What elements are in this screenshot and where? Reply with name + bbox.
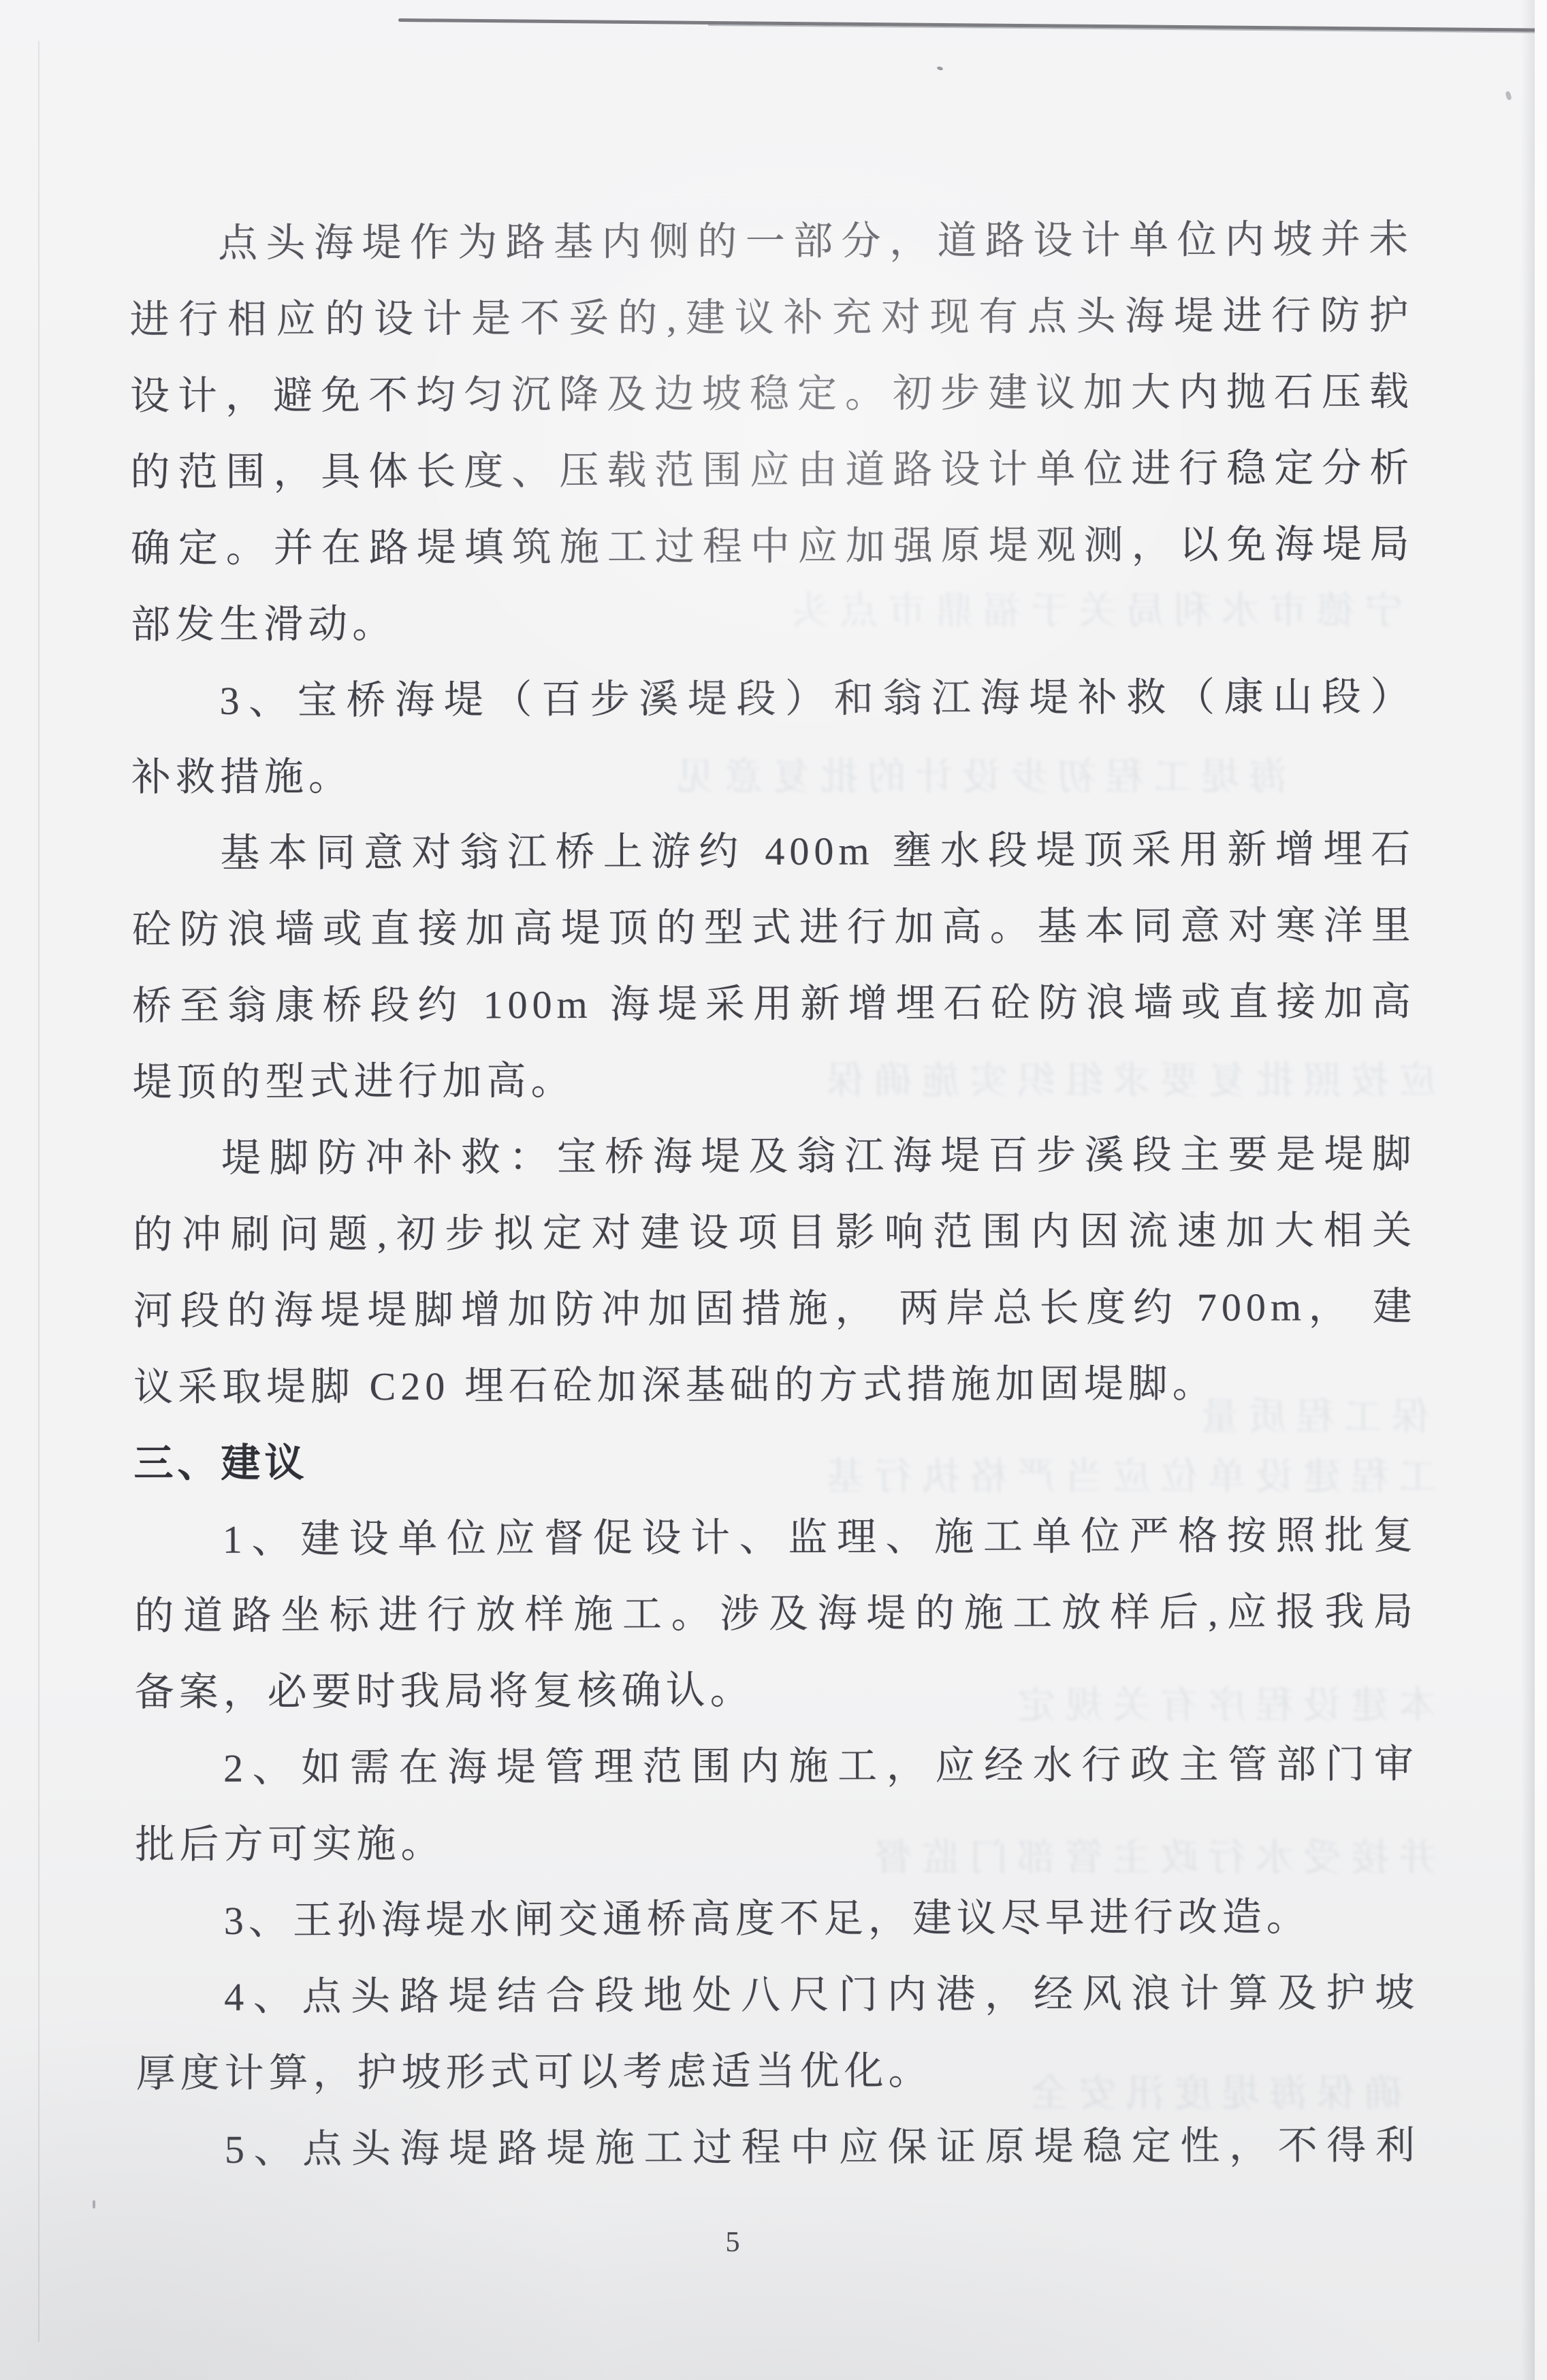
text-line: 进行相应的设计是不妥的,建议补充对现有点头海堤进行防护 xyxy=(129,278,1413,359)
text-line: 3、王孙海堤水闸交通桥高度不足，建议尽早进行改造。 xyxy=(135,1879,1419,1960)
scan-speck xyxy=(1505,91,1512,101)
page-number: 5 xyxy=(712,2226,753,2259)
text-line: 议采取堤脚 C20 埋石砼加深基础的方式措施加固堤脚。 xyxy=(133,1345,1417,1426)
text-line: 砼防浪墙或直接加高堤顶的型式进行加高。基本同意对寒洋里 xyxy=(132,888,1416,969)
text-line: 的道路坐标进行放样施工。涉及海堤的施工放样后,应报我局 xyxy=(134,1574,1418,1655)
scanner-background-strip xyxy=(1535,0,1547,2380)
text-line: 补救措施。 xyxy=(131,735,1415,816)
scan-speck xyxy=(93,2200,95,2208)
text-line: 3、宝桥海堤（百步溪堤段）和翁江海堤补救（康山段） xyxy=(131,659,1414,740)
scan-speck xyxy=(937,66,944,71)
text-line: 5、点头海堤路堤施工过程中应保证原堤稳定性，不得利 xyxy=(136,2108,1420,2189)
paper-left-edge-line xyxy=(38,41,39,2342)
text-line: 的冲刷问题,初步拟定对建设项目影响范围内因流速加大相关 xyxy=(133,1193,1416,1274)
text-line: 桥至翁康桥段约 100m 海堤采用新增埋石砼防浪墙或直接加高 xyxy=(132,964,1416,1045)
text-line: 堤顶的型式进行加高。 xyxy=(132,1040,1416,1121)
text-line: 的范围，具体长度、压载范围应由道路设计单位进行稳定分析 xyxy=(130,430,1414,511)
text-line: 部发生滑动。 xyxy=(131,583,1414,664)
text-line: 点头海堤作为路基内侧的一部分，道路设计单位内坡并未 xyxy=(129,202,1413,283)
text-line: 备案，必要时我局将复核确认。 xyxy=(134,1650,1418,1731)
text-line: 1、建设单位应督促设计、监理、施工单位严格按照批复 xyxy=(134,1498,1418,1579)
text-line: 2、如需在海堤管理范围内施工，应经水行政主管部门审 xyxy=(135,1726,1418,1807)
scanned-document-page: 宁德市水利局关于福鼎市点头 海堤工程初步设计的批复意见 应按照批复要求组织实施确… xyxy=(0,0,1547,2380)
text-line: 设计，避免不均匀沉降及边坡稳定。初步建议加大内抛石压载 xyxy=(130,354,1414,435)
text-line: 河段的海堤堤脚增加防冲加固措施， 两岸总长度约 700m， 建 xyxy=(133,1269,1416,1350)
text-line: 批后方可实施。 xyxy=(135,1803,1418,1884)
section-heading: 三、建议 xyxy=(133,1421,1417,1502)
text-line: 4、点头路堤结合段地处八尺门内港，经风浪计算及护坡 xyxy=(135,1955,1419,2036)
document-body: 点头海堤作为路基内侧的一部分，道路设计单位内坡并未 进行相应的设计是不妥的,建议… xyxy=(129,202,1420,2189)
paper-right-edge-shadow xyxy=(1521,0,1535,2380)
text-line: 基本同意对翁江桥上游约 400m 壅水段堤顶采用新增埋石 xyxy=(131,811,1415,892)
text-line: 确定。并在路堤填筑施工过程中应加强原堤观测，以免海堤局 xyxy=(131,506,1414,588)
text-line: 厚度计算，护坡形式可以考虑适当优化。 xyxy=(135,2031,1419,2112)
text-line: 堤脚防冲补救：宝桥海堤及翁江海堤百步溪段主要是堤脚 xyxy=(133,1116,1416,1197)
